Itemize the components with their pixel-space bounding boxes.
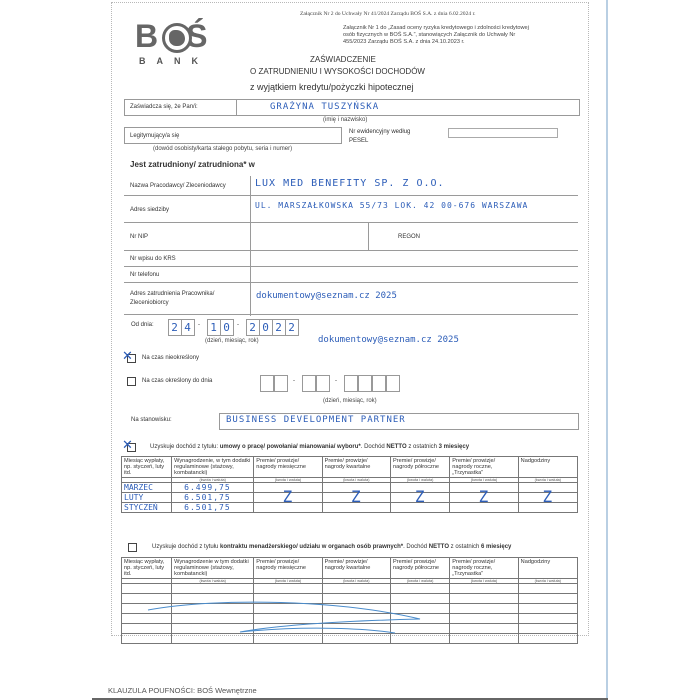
phone-label: Nr telefonu [130,272,159,278]
column-header: Premie/ prowizje/ nagrody kwartalne [322,558,390,579]
contract-income-table: Miesiąc wypłaty, np. styczeń, luty itd.W… [121,456,578,513]
table-cell[interactable]: MARZEC [122,483,172,493]
manager-income-text: Uzyskuje dochód z tytułu kontraktu menad… [152,544,511,550]
to-year-box[interactable] [358,375,372,392]
work-address-value[interactable]: dokumentowy@seznam.cz 2025 [256,291,397,301]
title-line-2: O ZATRUDNIENIU I WYSOKOŚCI DOCHODÓW [250,67,425,76]
check-mark-icon: ✕ [122,348,133,364]
column-header: Wynagrodzenie w tym dodatki regulaminowe… [172,558,254,579]
table-row [122,584,578,594]
position-value: BUSINESS DEVELOPMENT PARTNER [226,415,406,425]
nip-label: Nr NIP [130,234,148,240]
table-cell[interactable] [450,634,518,644]
employer-address-value[interactable]: UL. MARSZAŁKOWSKA 55/73 LOK. 42 00-676 W… [255,201,528,210]
table-row: STYCZEŃ6.501,75 [122,503,578,513]
from-day-digit[interactable]: 4 [181,319,195,336]
table-cell[interactable] [254,584,322,594]
annex-1-line: Załącznik Nr 1 do „Zasad oceny ryzyka kr… [343,25,529,32]
table-cell[interactable] [518,634,577,644]
to-year-box[interactable] [386,375,400,392]
table-cell[interactable] [391,634,450,644]
from-date-label: Od dnia: [131,322,154,328]
table-cell[interactable]: Z [322,493,390,503]
table-cell[interactable]: 6.501,75 [172,503,254,513]
column-header: Premie/ prowizje/ nagrody roczne, „Trzyn… [450,457,518,478]
table-cell[interactable] [172,584,254,594]
table-row: LUTY6.501,75ZZZZZ [122,493,578,503]
table-cell[interactable]: 6.499,75 [172,483,254,493]
table-cell[interactable] [391,584,450,594]
krs-label: Nr wpisu do KRS [130,256,176,262]
column-header: Premie/ prowizje/ nagrody miesięczne [254,457,322,478]
definite-label: Na czas określony do dnia [142,378,212,384]
to-year-box[interactable] [372,375,386,392]
table-cell[interactable] [172,634,254,644]
from-year-digit[interactable]: 2 [285,319,299,336]
to-month-box[interactable] [302,375,316,392]
title-line-3: z wyjątkiem kredytu/pożyczki hipotecznej [250,82,414,92]
table-cell[interactable] [322,584,390,594]
column-header: Nadgodziny [518,457,577,478]
id-label: Legitymujący/a się [130,133,179,139]
table-cell[interactable]: STYCZEŃ [122,503,172,513]
to-month-box[interactable] [316,375,330,392]
annex-1-note: Załącznik Nr 1 do „Zasad oceny ryzyka kr… [343,25,529,46]
annex-1-line: osób fizycznych w BOŚ S.A.”, stanowiącyc… [343,32,529,39]
pesel-label-2: PESEL [349,138,368,144]
annex-1-line: 455/2023 Zarządu BOŚ S.A. z dnia 24.10.2… [343,39,529,46]
from-month-digit[interactable]: 1 [207,319,221,336]
table-cell[interactable]: Z [254,493,322,503]
table-cell[interactable] [518,594,577,604]
column-header: Premie/ prowizje/ nagrody miesięczne [254,558,322,579]
column-header: Premie/ prowizje/ nagrody półroczne [391,457,450,478]
table-cell[interactable] [518,614,577,624]
maple-leaf-icon [162,23,192,53]
person-name-value: GRAŻYNA TUSZYŃSKA [270,102,379,112]
employment-heading: Jest zatrudniony/ zatrudniona* w [130,160,255,169]
column-header: Wynagrodzenie, w tym dodatki regulaminow… [172,457,254,478]
table-cell[interactable]: Z [450,493,518,503]
table-cell[interactable] [122,584,172,594]
pesel-field[interactable] [448,128,558,138]
employer-name-label: Nazwa Pracodawcy/ Zleceniodawcy [130,183,226,189]
from-year-digit[interactable]: 2 [272,319,286,336]
table-cell[interactable]: Z [391,493,450,503]
from-day-digit[interactable]: 2 [168,319,182,336]
logo-sub: BANK [139,56,209,66]
column-header: Miesiąc wypłaty, np. styczeń, luty itd. [122,558,172,579]
id-caption: (dowód osobisty/karta stałego pobytu, se… [153,146,292,152]
column-header: Premie/ prowizje/ nagrody roczne, „Trzyn… [450,558,518,579]
employer-address-label: Adres siedziby [130,207,169,213]
table-cell[interactable]: LUTY [122,493,172,503]
classification-footer: KLAUZULA POUFNOŚCI: BOŚ Wewnętrzne [108,686,257,695]
table-cell[interactable] [518,584,577,594]
page-edge [606,0,608,700]
table-header-row: Miesiąc wypłaty, np. styczeń, luty itd.W… [122,558,578,579]
check-mark-icon: ✕ [122,437,133,453]
contract-income-text: Uzyskuje dochód z tytułu: umowy o pracę/… [150,444,469,450]
from-month-digit[interactable]: 0 [220,319,234,336]
watermark-note: dokumentowy@seznam.cz 2025 [318,335,459,345]
work-address-label: Adres zatrudnienia Pracownika/ Zleceniob… [130,290,240,308]
table-row [122,634,578,644]
column-header: Premie/ prowizje/ nagrody kwartalne [322,457,390,478]
to-year-box[interactable] [344,375,358,392]
position-label: Na stanowisku: [131,417,172,423]
table-header-row: Miesiąc wypłaty, np. styczeń, luty itd.W… [122,457,578,478]
manager-income-checkbox[interactable] [128,543,137,552]
column-header: Nadgodziny [518,558,577,579]
table-cell[interactable] [518,624,577,634]
employer-name-value[interactable]: LUX MED BENEFITY SP. Z O.O. [255,178,445,189]
column-header: Miesiąc wypłaty, np. styczeń, luty itd. [122,457,172,478]
annex-2-note: Załącznik Nr 2 do Uchwały Nr 41/2024 Zar… [300,11,476,17]
from-year-digit[interactable]: 0 [259,319,273,336]
table-cell[interactable] [122,634,172,644]
table-cell[interactable] [450,584,518,594]
table-cell[interactable] [518,604,577,614]
table-cell[interactable]: 6.501,75 [172,493,254,503]
pesel-label-1: Nr ewidencyjny według [349,129,410,135]
from-date-caption: (dzień, miesiąc, rok) [205,338,259,344]
to-date-caption: (dzień, miesiąc, rok) [323,398,377,404]
indefinite-label: Na czas nieokreślony [142,355,199,361]
column-header: Premie/ prowizje/ nagrody półroczne [391,558,450,579]
to-day-box[interactable] [274,375,288,392]
definite-checkbox[interactable] [127,377,136,386]
regon-label: REGON [398,234,420,240]
strike-through-scribble [140,595,480,635]
table-cell[interactable] [322,634,390,644]
to-day-box[interactable] [260,375,274,392]
from-year-digit[interactable]: 2 [246,319,260,336]
table-row: MARZEC6.499,75 [122,483,578,493]
person-caption: (imię i nazwisko) [323,117,367,123]
title-line-1: ZAŚWIADCZENIE [310,55,376,64]
table-cell[interactable] [254,634,322,644]
person-label: Zaświadcza się, że Pan/i: [130,104,198,110]
table-cell[interactable]: Z [518,493,577,503]
